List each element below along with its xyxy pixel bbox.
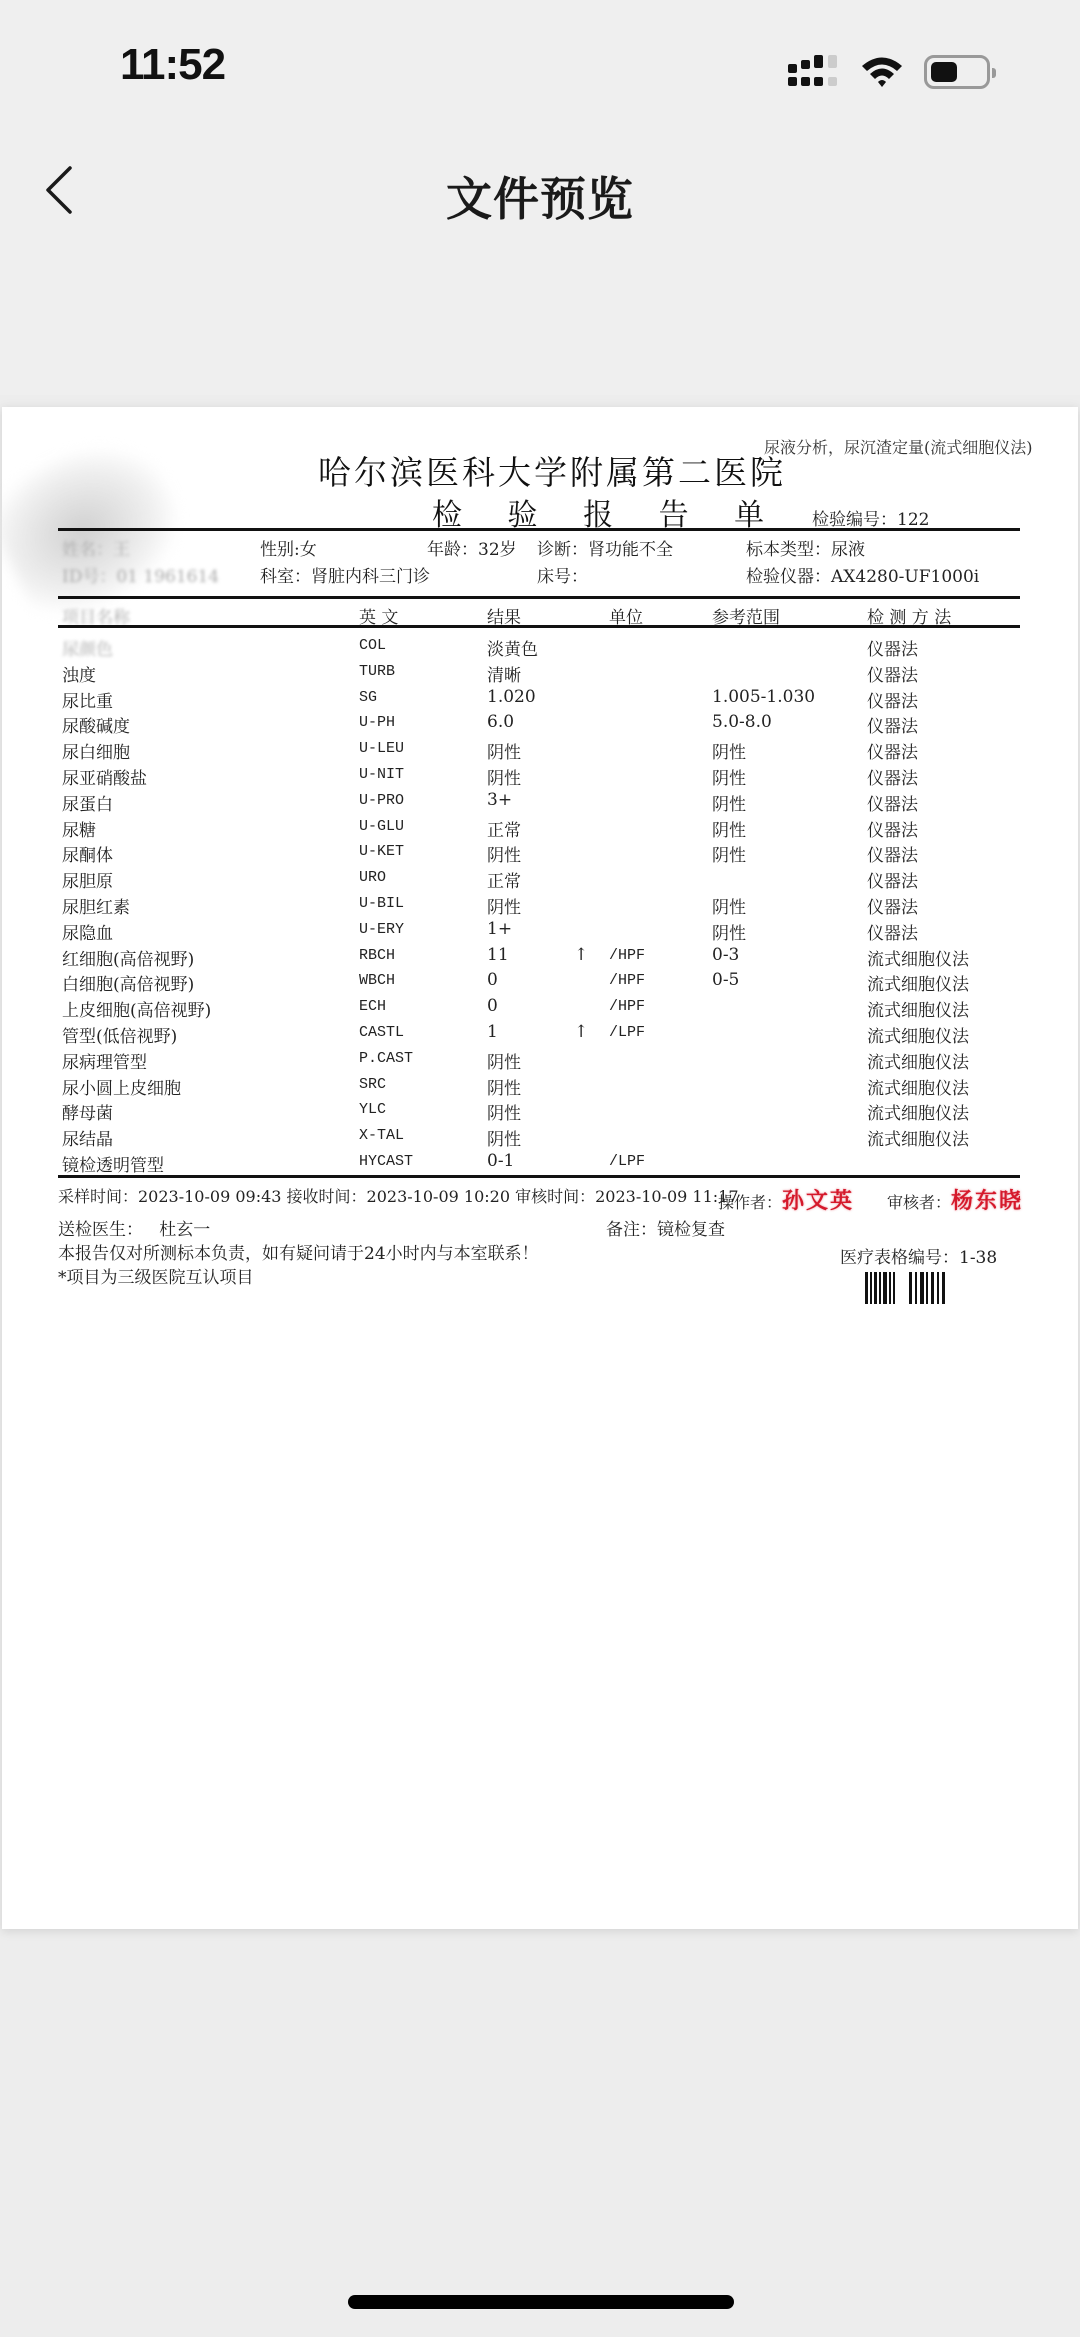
item-result: 1: [487, 1022, 498, 1042]
item-name: 尿隐血: [62, 919, 113, 944]
item-english: URO: [359, 869, 386, 886]
item-name: 尿胆原: [62, 867, 113, 892]
item-english: ECH: [359, 998, 386, 1015]
item-name: 尿胆红素: [62, 893, 130, 918]
item-method: 流式细胞仪法: [867, 996, 969, 1021]
patient-age: 年龄：32岁: [427, 535, 517, 560]
mutual-recognition-note: *项目为三级医院互认项目: [58, 1263, 254, 1288]
divider: [58, 596, 1020, 599]
item-name: 尿糖: [62, 816, 96, 841]
item-name: 酵母菌: [62, 1099, 113, 1124]
patient-id: ID号：01 1961614: [62, 562, 219, 587]
item-reference: 阴性: [712, 790, 746, 815]
item-result: 3+: [487, 790, 512, 810]
item-name: 尿颜色: [62, 635, 113, 660]
item-english: U-LEU: [359, 740, 404, 757]
item-result: 正常: [487, 816, 521, 841]
item-method: 仪器法: [867, 919, 918, 944]
divider: [58, 625, 1020, 628]
item-method: 仪器法: [867, 661, 918, 686]
operator: 操作者：孙文英: [718, 1184, 854, 1215]
item-result: 淡黄色: [487, 635, 538, 660]
item-english: CASTL: [359, 1024, 404, 1041]
receive-time: 接收时间：2023-10-09 10:20: [287, 1187, 510, 1206]
item-english: TURB: [359, 663, 395, 680]
item-english: X-TAL: [359, 1127, 404, 1144]
item-reference: 阴性: [712, 919, 746, 944]
document-preview[interactable]: 尿液分析，尿沉渣定量(流式细胞仪法) 哈尔滨医科大学附属第二医院 检 验 报 告…: [2, 407, 1078, 1929]
item-result: 正常: [487, 867, 521, 892]
instrument: 检验仪器：AX4280-UF1000i: [746, 562, 979, 587]
patient-gender: 性别:女: [260, 535, 317, 560]
exam-number: 检验编号：122: [812, 505, 929, 530]
item-reference: 阴性: [712, 816, 746, 841]
item-method: 仪器法: [867, 712, 918, 737]
item-english: U-GLU: [359, 818, 404, 835]
item-result: 11: [487, 945, 509, 965]
footer-times: 采样时间：2023-10-09 09:43 接收时间：2023-10-09 10…: [58, 1184, 739, 1207]
item-result: 1+: [487, 919, 512, 939]
item-name: 尿结晶: [62, 1125, 113, 1150]
privacy-smudge: [0, 422, 200, 632]
item-method: 流式细胞仪法: [867, 1048, 969, 1073]
item-english: U-BIL: [359, 895, 404, 912]
item-result: 阴性: [487, 1048, 521, 1073]
home-indicator[interactable]: [348, 2295, 734, 2309]
item-flag: ↑: [574, 945, 588, 965]
item-unit: /HPF: [609, 947, 645, 964]
item-english: P.CAST: [359, 1050, 413, 1067]
item-name: 尿比重: [62, 687, 113, 712]
item-name: 管型(低倍视野): [62, 1022, 177, 1047]
operator-signature: 孙文英: [782, 1188, 854, 1214]
item-english: U-ERY: [359, 921, 404, 938]
item-name: 尿酮体: [62, 841, 113, 866]
report-category: 尿液分析，尿沉渣定量(流式细胞仪法): [764, 435, 1033, 458]
item-method: 仪器法: [867, 790, 918, 815]
item-method: 流式细胞仪法: [867, 1125, 969, 1150]
sample-time: 采样时间：2023-10-09 09:43: [58, 1187, 281, 1206]
item-reference: 1.005-1.030: [712, 687, 815, 707]
bed-number: 床号：: [537, 562, 588, 587]
item-name: 尿酸碱度: [62, 712, 130, 737]
item-result: 阴性: [487, 841, 521, 866]
review-time: 审核时间：2023-10-09 11:17: [515, 1187, 738, 1206]
doctor-label: 送检医生：: [58, 1220, 143, 1240]
item-reference: 0-5: [712, 970, 739, 990]
patient-name: 姓名：王: [62, 535, 130, 560]
page-title: 文件预览: [0, 163, 1080, 229]
item-name: 尿亚硝酸盐: [62, 764, 147, 789]
battery-icon: [924, 55, 990, 89]
item-name: 浊度: [62, 661, 96, 686]
item-name: 上皮细胞(高倍视野): [62, 996, 211, 1021]
item-name: 尿病理管型: [62, 1048, 147, 1073]
item-reference: 阴性: [712, 893, 746, 918]
item-english: WBCH: [359, 972, 395, 989]
item-english: U-KET: [359, 843, 404, 860]
wifi-icon: [860, 55, 904, 89]
department: 科室：肾脏内科三门诊: [260, 562, 430, 587]
item-result: 1.020: [487, 687, 536, 707]
item-english: SRC: [359, 1076, 386, 1093]
disclaimer: 本报告仅对所测标本负责，如有疑问请于24小时内与本室联系！: [58, 1239, 539, 1264]
item-result: 6.0: [487, 712, 514, 732]
item-reference: 阴性: [712, 841, 746, 866]
item-result: 阴性: [487, 893, 521, 918]
item-flag: ↑: [574, 1022, 588, 1042]
item-name: 尿小圆上皮细胞: [62, 1074, 181, 1099]
item-method: 流式细胞仪法: [867, 1074, 969, 1099]
item-unit: /LPF: [609, 1153, 645, 1170]
item-unit: /HPF: [609, 998, 645, 1015]
item-method: 仪器法: [867, 635, 918, 660]
item-name: 尿白细胞: [62, 738, 130, 763]
item-english: RBCH: [359, 947, 395, 964]
item-method: 仪器法: [867, 841, 918, 866]
reviewer-label: 审核者：: [887, 1193, 951, 1212]
item-result: 0: [487, 970, 498, 990]
operator-label: 操作者：: [718, 1193, 782, 1212]
divider: [58, 1175, 1020, 1178]
hospital-name: 哈尔滨医科大学附属第二医院: [318, 447, 786, 494]
barcode-icon: [865, 1272, 945, 1304]
status-icons: [788, 52, 990, 92]
item-method: 仪器法: [867, 893, 918, 918]
item-result: 阴性: [487, 1074, 521, 1099]
item-reference: 阴性: [712, 764, 746, 789]
remark: 备注：镜检复查: [606, 1215, 725, 1240]
top-bar: 11:52 文件预览: [0, 0, 1080, 395]
reviewer-signature: 杨东晓: [951, 1188, 1023, 1214]
item-method: 仪器法: [867, 764, 918, 789]
item-reference: 5.0-8.0: [712, 712, 772, 732]
item-result: 阴性: [487, 1099, 521, 1124]
item-result: 阴性: [487, 738, 521, 763]
item-reference: 阴性: [712, 738, 746, 763]
item-method: 流式细胞仪法: [867, 945, 969, 970]
item-name: 白细胞(高倍视野): [62, 970, 194, 995]
item-english: SG: [359, 689, 377, 706]
item-result: 阴性: [487, 764, 521, 789]
item-english: U-PH: [359, 714, 395, 731]
item-english: COL: [359, 637, 386, 654]
item-unit: /LPF: [609, 1024, 645, 1041]
divider: [58, 528, 1020, 531]
doctor-name: 杜玄一: [159, 1220, 210, 1240]
item-method: 流式细胞仪法: [867, 1022, 969, 1047]
item-result: 清晰: [487, 661, 521, 686]
dual-sim-signal-icon: [788, 55, 840, 89]
item-result: 阴性: [487, 1125, 521, 1150]
item-result: 0-1: [487, 1151, 514, 1171]
patient-diagnosis: 诊断：肾功能不全: [537, 535, 673, 560]
item-method: 流式细胞仪法: [867, 1099, 969, 1124]
item-method: 仪器法: [867, 867, 918, 892]
item-name: 尿蛋白: [62, 790, 113, 815]
form-number: 医疗表格编号：1-38: [840, 1243, 997, 1268]
item-method: 流式细胞仪法: [867, 970, 969, 995]
item-english: YLC: [359, 1101, 386, 1118]
item-name: 镜检透明管型: [62, 1151, 164, 1176]
status-time: 11:52: [120, 40, 225, 90]
item-english: U-NIT: [359, 766, 404, 783]
item-unit: /HPF: [609, 972, 645, 989]
referring-doctor: 送检医生： 杜玄一: [58, 1215, 210, 1240]
item-reference: 0-3: [712, 945, 739, 965]
specimen-type: 标本类型：尿液: [746, 535, 865, 560]
item-method: 仪器法: [867, 687, 918, 712]
item-method: 仪器法: [867, 738, 918, 763]
item-result: 0: [487, 996, 498, 1016]
item-english: HYCAST: [359, 1153, 413, 1170]
item-method: 仪器法: [867, 816, 918, 841]
item-english: U-PRO: [359, 792, 404, 809]
item-name: 红细胞(高倍视野): [62, 945, 194, 970]
reviewer: 审核者：杨东晓: [887, 1184, 1023, 1215]
